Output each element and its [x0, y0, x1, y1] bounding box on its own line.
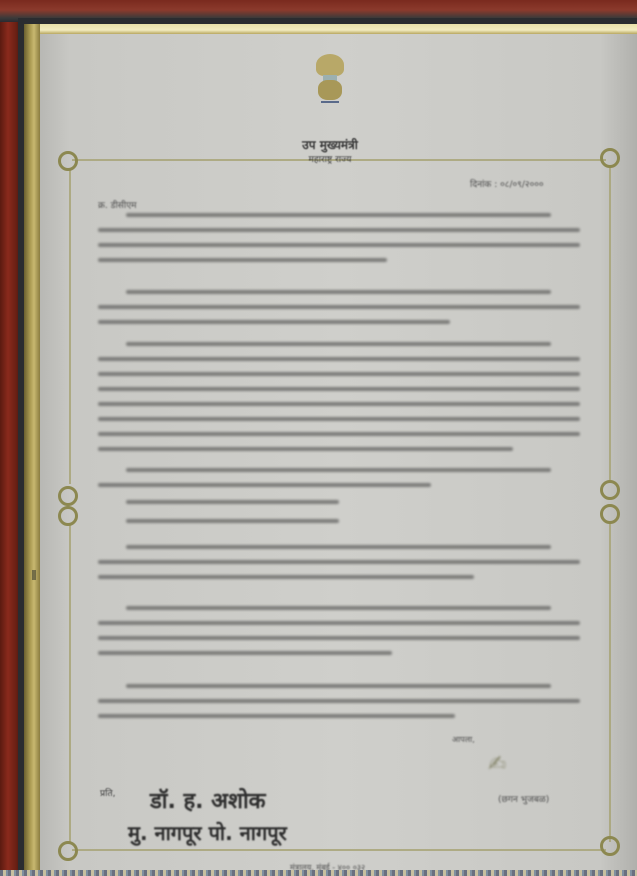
office-subtitle: महाराष्ट्र राज्य — [250, 152, 410, 165]
frame-mark — [32, 570, 36, 580]
text-line — [126, 290, 551, 294]
border-bottom-line — [72, 849, 606, 851]
text-line — [98, 621, 580, 625]
closing-salutation: आपला, — [452, 734, 475, 745]
border-left-line-lower — [69, 524, 71, 842]
text-line — [98, 483, 431, 487]
signatory-name: (छगन भुजबळ) — [498, 792, 549, 805]
text-line — [126, 468, 551, 472]
corner-ornament-icon — [600, 148, 620, 168]
signature: ✍ — [488, 752, 558, 792]
paragraph — [98, 500, 580, 515]
text-line — [98, 402, 580, 406]
recipient-block: डॉ. ह. अशोक मु. नागपूर पो. नागपूर — [100, 785, 287, 846]
text-line — [98, 714, 455, 718]
text-line — [98, 387, 580, 391]
text-line — [126, 213, 551, 217]
corner-ornament-icon — [58, 506, 78, 526]
text-line — [98, 636, 580, 640]
paragraph — [98, 342, 580, 462]
text-line — [126, 684, 551, 688]
text-line — [98, 417, 580, 421]
corner-ornament-icon — [600, 480, 620, 500]
border-right-line — [609, 168, 611, 480]
recipient-address: मु. नागपूर पो. नागपूर — [128, 819, 287, 846]
text-line — [98, 575, 474, 579]
reference-number: क्र. डीसीएम — [98, 198, 137, 211]
recipient-name: डॉ. ह. अशोक — [150, 785, 287, 815]
text-line — [98, 447, 513, 451]
corner-ornament-icon — [58, 841, 78, 861]
corner-ornament-icon — [600, 504, 620, 524]
text-line — [98, 243, 580, 247]
paragraph — [98, 519, 580, 534]
gold-fillet-left — [24, 24, 40, 876]
text-line — [98, 699, 580, 703]
text-line — [126, 519, 339, 523]
text-line — [98, 651, 392, 655]
paragraph — [98, 545, 580, 590]
text-line — [98, 320, 450, 324]
text-line — [98, 228, 580, 232]
letter-date: दिनांक : ०८/०९/२००० — [470, 177, 544, 190]
national-emblem-icon — [313, 54, 347, 106]
text-line — [126, 500, 339, 504]
corner-ornament-icon — [58, 486, 78, 506]
corner-ornament-icon — [58, 151, 78, 171]
paragraph — [98, 684, 580, 729]
text-line — [98, 305, 580, 309]
paragraph — [98, 213, 580, 273]
text-line — [98, 258, 387, 262]
paragraph — [98, 468, 580, 498]
text-line — [98, 432, 580, 436]
text-line — [98, 357, 580, 361]
text-line — [98, 372, 580, 376]
text-line — [126, 606, 551, 610]
corner-ornament-icon — [600, 836, 620, 856]
paragraph — [98, 290, 580, 335]
text-line — [98, 560, 580, 564]
office-title: उप मुख्यमंत्री — [250, 136, 410, 153]
paragraph — [98, 606, 580, 666]
border-right-line-lower — [609, 524, 611, 842]
frame-bottom-edge — [0, 870, 637, 876]
border-left-line — [69, 168, 71, 484]
text-line — [126, 545, 551, 549]
text-line — [126, 342, 551, 346]
